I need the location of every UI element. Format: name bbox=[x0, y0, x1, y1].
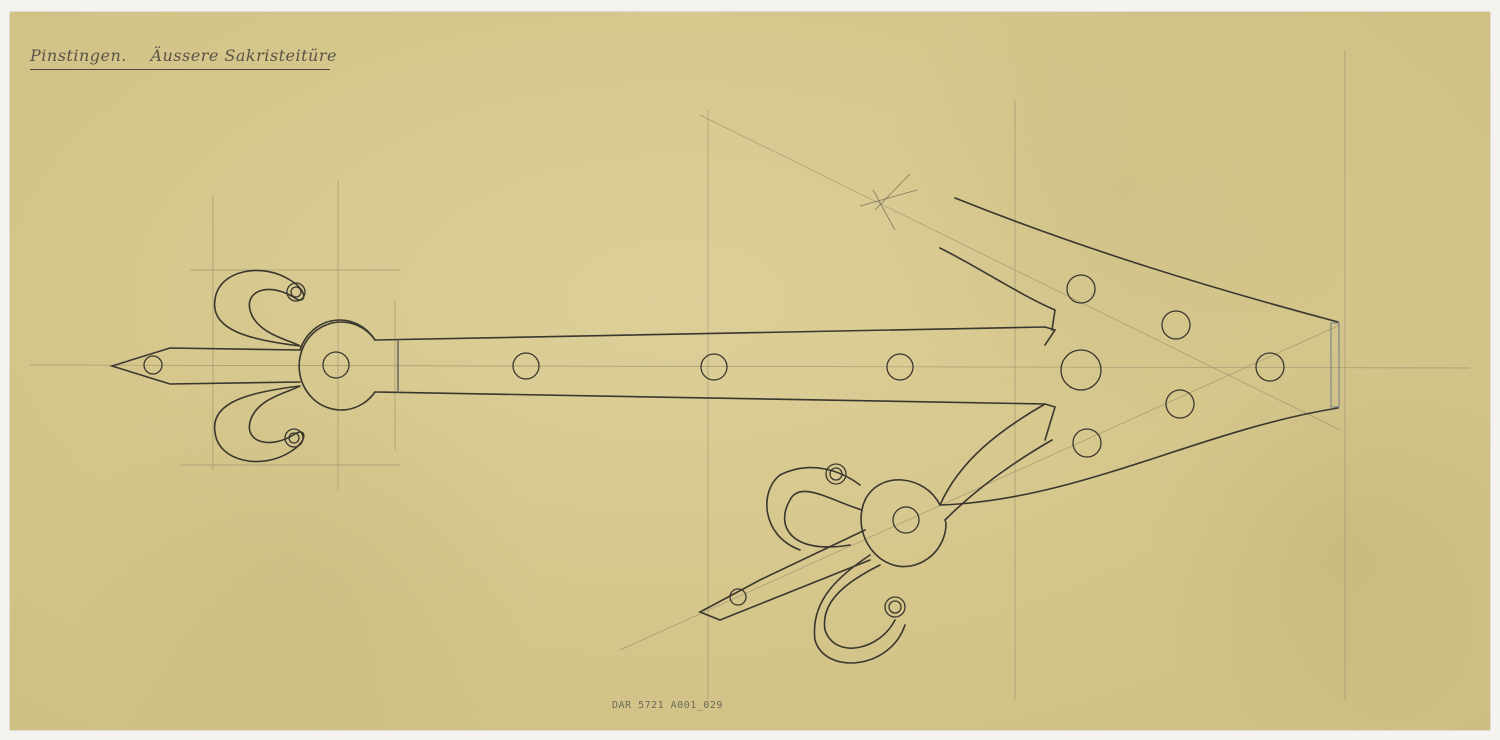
fan-plate bbox=[940, 198, 1339, 505]
diagonal-branch bbox=[700, 404, 1052, 663]
fan-plate-rivets bbox=[1061, 275, 1284, 457]
compass-star-mark bbox=[860, 174, 917, 230]
hinge-drawing bbox=[0, 0, 1500, 740]
archive-id-stamp: DAR 5721 A001_029 bbox=[612, 700, 723, 711]
diagonal-branch-rivets bbox=[730, 464, 919, 617]
main-strap-rivets bbox=[144, 283, 913, 447]
construction-lines bbox=[30, 50, 1470, 700]
